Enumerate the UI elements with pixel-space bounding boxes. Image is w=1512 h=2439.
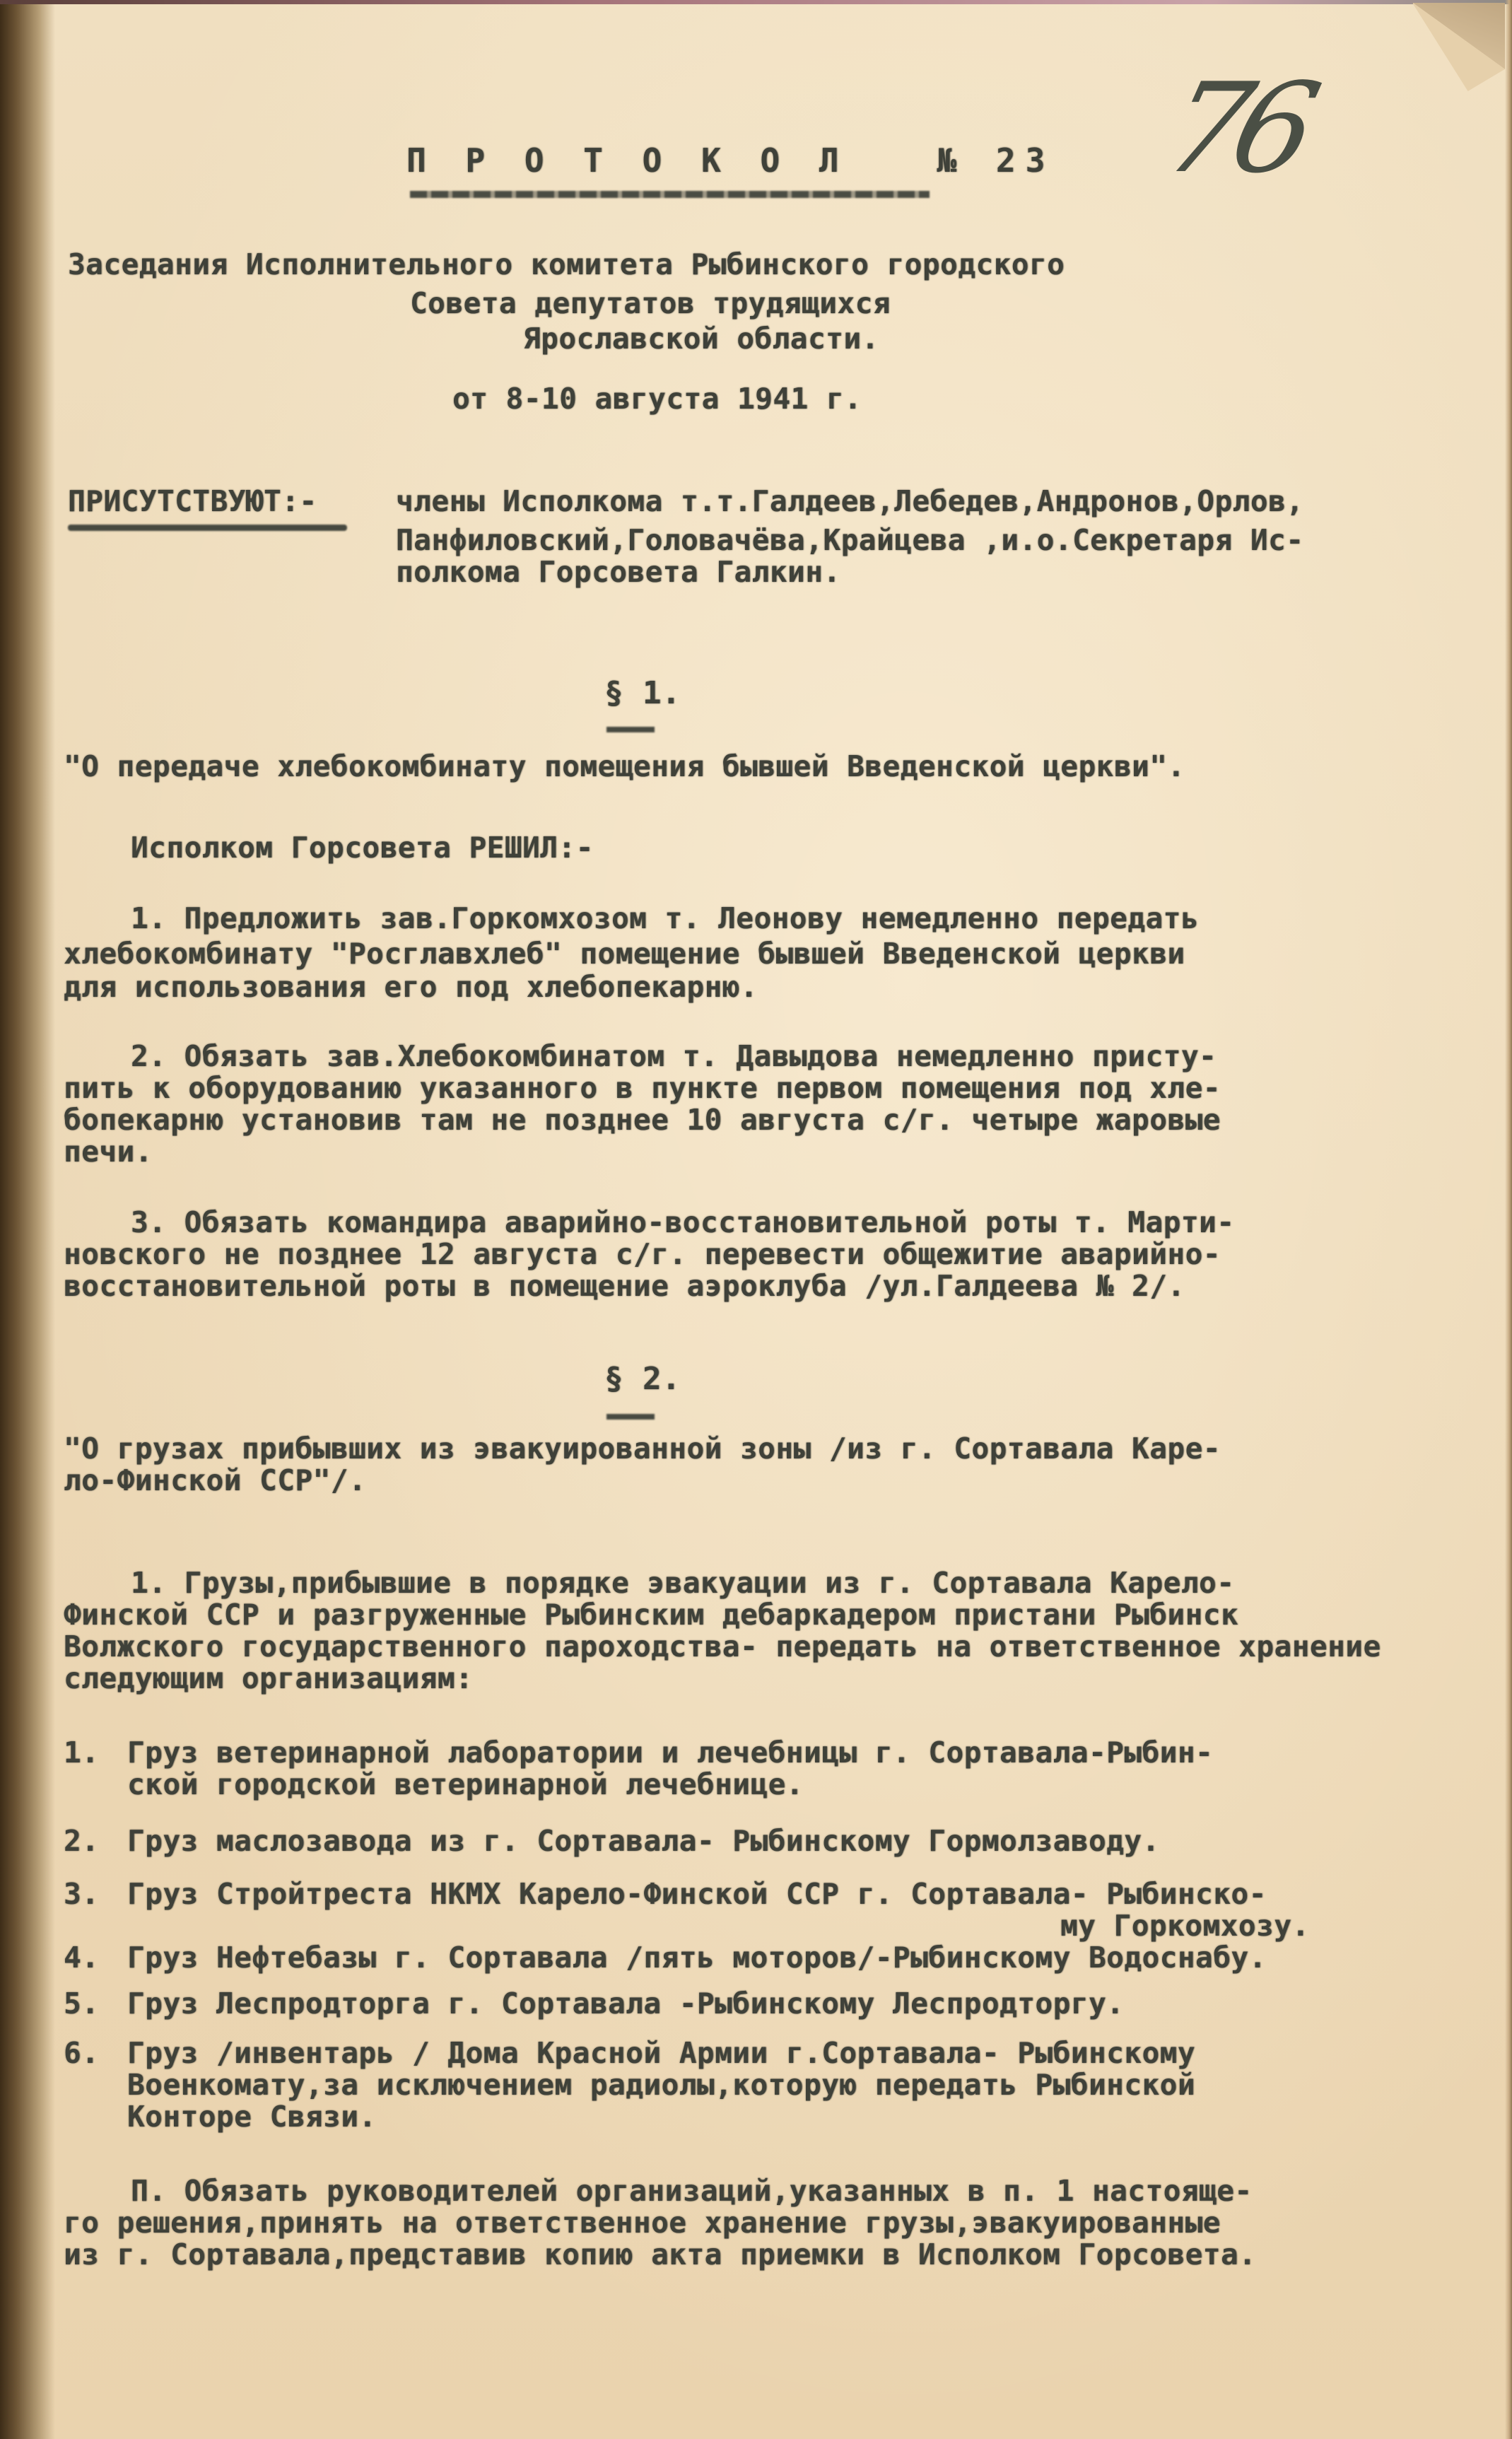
binding-spine	[0, 0, 55, 2439]
s2-list-6-number: 6.	[64, 2033, 99, 2074]
s2-intro-line4: следующим организациям:	[64, 1658, 473, 1699]
s2-list-1-number: 1.	[64, 1732, 99, 1773]
section-2-mark: § 2.	[604, 1361, 681, 1397]
s2-list-1-line2: ской городской ветеринарной лечебнице.	[127, 1764, 804, 1805]
s2-list-4-line1: Груз Нефтебазы г. Сортавала /пять моторо…	[127, 1937, 1267, 1978]
protocol-date: от 8-10 августа 1941 г.	[452, 378, 862, 419]
right-edge	[1505, 0, 1512, 2439]
s1-item1-line3: для использования его под хлебопекарню.	[64, 966, 758, 1007]
attendance-label: ПРИСУТСТВУЮТ:-	[68, 481, 317, 522]
folio-number: 76	[1154, 67, 1317, 191]
attendance-line-1: члены Исполкома т.т.Галдеев,Лебедев,Андр…	[396, 481, 1303, 522]
s2-list-5-number: 5.	[64, 1983, 99, 2024]
subtitle-line-1: Заседания Исполнительного комитета Рыбин…	[68, 244, 1065, 285]
section-1-underline	[606, 727, 655, 732]
s2-list-6-line3: Конторе Связи.	[127, 2096, 377, 2137]
subtitle-line-3: Ярославской области.	[523, 318, 879, 359]
s2-list-3-number: 3.	[64, 1873, 99, 1914]
s2-list-2-line1: Груз маслозавода из г. Сортавала- Рыбинс…	[127, 1820, 1160, 1861]
section-1-subject: "О передаче хлебокомбинату помещения быв…	[64, 746, 1185, 787]
attendance-label-underline	[68, 525, 347, 531]
top-edge	[0, 0, 1512, 4]
s1-item2-line3: бопекарню установив там не позднее 10 ав…	[64, 1099, 1221, 1140]
protocol-title: П Р О Т О К О Л № 23	[406, 141, 1055, 180]
s2-list-5-line1: Груз Леспродторга г. Сортавала -Рыбинско…	[127, 1983, 1124, 2024]
attendance-line-3: полкома Горсовета Галкин.	[396, 551, 841, 592]
s2-list-4-number: 4.	[64, 1937, 99, 1978]
section-1-decision-intro: Исполком Горсовета РЕШИЛ:-	[131, 827, 594, 868]
section-1-mark: § 1.	[604, 675, 681, 711]
section-2-underline	[606, 1414, 655, 1420]
s1-item3-line3: восстановительной роты в помещение аэрок…	[64, 1265, 1185, 1306]
title-underline	[410, 191, 930, 198]
s2-closing-line3: из г. Сортавала,представив копию акта пр…	[64, 2234, 1256, 2275]
section-2-subject-line2: ло-Финской ССР"/.	[64, 1460, 366, 1501]
s2-list-2-number: 2.	[64, 1820, 99, 1861]
document-page: 76 П Р О Т О К О Л № 23 Заседания Исполн…	[0, 0, 1512, 2439]
s1-item2-line4: печи.	[64, 1131, 153, 1172]
